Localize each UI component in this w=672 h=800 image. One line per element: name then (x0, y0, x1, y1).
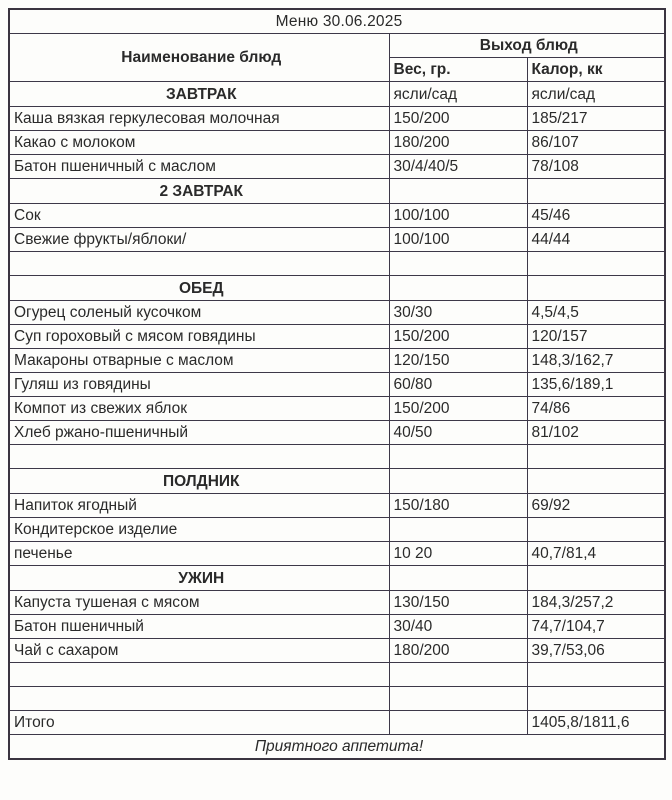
section-row-dinner: УЖИН (9, 566, 665, 591)
table-row: Компот из свежих яблок150/20074/86 (9, 397, 665, 421)
empty-cell (527, 252, 665, 276)
table-row: Батон пшеничный30/4074,7/104,7 (9, 615, 665, 639)
section-row-breakfast: ЗАВТРАКясли/садясли/сад (9, 82, 665, 107)
dish-calories: 45/46 (527, 204, 665, 228)
menu-table: Меню 30.06.2025 Наименование блюд Выход … (8, 8, 666, 760)
subheader-calories: ясли/сад (527, 82, 665, 107)
section-row-snack: ПОЛДНИК (9, 469, 665, 494)
table-row: Макароны отварные с маслом120/150148,3/1… (9, 349, 665, 373)
dish-name: Огурец соленый кусочком (9, 301, 389, 325)
empty-cell (527, 445, 665, 469)
dish-weight: 30/40 (389, 615, 527, 639)
dish-weight: 30/4/40/5 (389, 155, 527, 179)
dish-name: Напиток ягодный (9, 494, 389, 518)
dish-calories: 148,3/162,7 (527, 349, 665, 373)
dish-weight: 30/30 (389, 301, 527, 325)
header-output-group: Выход блюд (389, 34, 665, 58)
total-row: Итого1405,8/1811,6 (9, 711, 665, 735)
dish-name: Хлеб ржано-пшеничный (9, 421, 389, 445)
dish-weight: 40/50 (389, 421, 527, 445)
menu-title: Меню 30.06.2025 (9, 9, 665, 34)
table-row: Капуста тушеная с мясом130/150184,3/257,… (9, 591, 665, 615)
section-row-second_breakfast: 2 ЗАВТРАК (9, 179, 665, 204)
table-row: Хлеб ржано-пшеничный40/5081/102 (9, 421, 665, 445)
empty-row (9, 252, 665, 276)
empty-cell (389, 469, 527, 494)
dish-weight: 150/180 (389, 494, 527, 518)
dish-weight: 10 20 (389, 542, 527, 566)
dish-name: Кондитерское изделие (9, 518, 389, 542)
empty-cell (389, 663, 527, 687)
title-row: Меню 30.06.2025 (9, 9, 665, 34)
empty-cell (9, 687, 389, 711)
dish-calories: 81/102 (527, 421, 665, 445)
dish-weight: 60/80 (389, 373, 527, 397)
dish-name: Чай с сахаром (9, 639, 389, 663)
dish-name: Каша вязкая геркулесовая молочная (9, 107, 389, 131)
header-row-1: Наименование блюд Выход блюд (9, 34, 665, 58)
dish-calories: 4,5/4,5 (527, 301, 665, 325)
section-title: УЖИН (9, 566, 389, 591)
subheader-weight: ясли/сад (389, 82, 527, 107)
table-row: печенье10 2040,7/81,4 (9, 542, 665, 566)
empty-cell (527, 687, 665, 711)
empty-cell (389, 252, 527, 276)
empty-cell (9, 445, 389, 469)
total-weight (389, 711, 527, 735)
dish-name: Макароны отварные с маслом (9, 349, 389, 373)
table-row: Огурец соленый кусочком30/304,5/4,5 (9, 301, 665, 325)
dish-name: Сок (9, 204, 389, 228)
dish-name: печенье (9, 542, 389, 566)
dish-calories: 39,7/53,06 (527, 639, 665, 663)
dish-name: Батон пшеничный (9, 615, 389, 639)
empty-cell (389, 687, 527, 711)
dish-weight: 180/200 (389, 639, 527, 663)
dish-calories: 44/44 (527, 228, 665, 252)
table-row: Гуляш из говядины60/80135,6/189,1 (9, 373, 665, 397)
dish-calories: 120/157 (527, 325, 665, 349)
dish-name: Гуляш из говядины (9, 373, 389, 397)
empty-cell (527, 179, 665, 204)
table-row: Каша вязкая геркулесовая молочная150/200… (9, 107, 665, 131)
dish-calories: 74/86 (527, 397, 665, 421)
empty-cell (389, 179, 527, 204)
header-weight: Вес, гр. (389, 58, 527, 82)
dish-calories: 185/217 (527, 107, 665, 131)
empty-cell (527, 276, 665, 301)
dish-name: Суп гороховый с мясом говядины (9, 325, 389, 349)
dish-name: Какао с молоком (9, 131, 389, 155)
empty-row (9, 445, 665, 469)
section-row-lunch: ОБЕД (9, 276, 665, 301)
dish-calories: 135,6/189,1 (527, 373, 665, 397)
table-row: Сок100/10045/46 (9, 204, 665, 228)
dish-weight: 150/200 (389, 107, 527, 131)
section-title: ОБЕД (9, 276, 389, 301)
dish-name: Батон пшеничный с маслом (9, 155, 389, 179)
dish-calories: 184,3/257,2 (527, 591, 665, 615)
dish-calories: 86/107 (527, 131, 665, 155)
table-row: Какао с молоком180/20086/107 (9, 131, 665, 155)
dish-weight (389, 518, 527, 542)
dish-weight: 100/100 (389, 228, 527, 252)
header-calories: Калор, кк (527, 58, 665, 82)
empty-row (9, 663, 665, 687)
footer-row: Приятного аппетита! (9, 735, 665, 760)
dish-name: Капуста тушеная с мясом (9, 591, 389, 615)
dish-weight: 150/200 (389, 325, 527, 349)
table-row: Батон пшеничный с маслом30/4/40/578/108 (9, 155, 665, 179)
empty-cell (527, 663, 665, 687)
empty-cell (527, 469, 665, 494)
empty-cell (9, 252, 389, 276)
dish-name: Компот из свежих яблок (9, 397, 389, 421)
empty-row (9, 687, 665, 711)
empty-cell (389, 276, 527, 301)
table-row: Чай с сахаром180/20039,7/53,06 (9, 639, 665, 663)
total-calories: 1405,8/1811,6 (527, 711, 665, 735)
empty-cell (9, 663, 389, 687)
footer-wish: Приятного аппетита! (9, 735, 665, 760)
dish-calories: 74,7/104,7 (527, 615, 665, 639)
empty-cell (389, 445, 527, 469)
table-row: Кондитерское изделие (9, 518, 665, 542)
dish-calories: 69/92 (527, 494, 665, 518)
dish-weight: 150/200 (389, 397, 527, 421)
dish-calories: 40,7/81,4 (527, 542, 665, 566)
table-row: Суп гороховый с мясом говядины150/200120… (9, 325, 665, 349)
dish-name: Свежие фрукты/яблоки/ (9, 228, 389, 252)
header-dish-name: Наименование блюд (9, 34, 389, 82)
section-title: ЗАВТРАК (9, 82, 389, 107)
dish-weight: 180/200 (389, 131, 527, 155)
table-row: Свежие фрукты/яблоки/100/10044/44 (9, 228, 665, 252)
empty-cell (389, 566, 527, 591)
empty-cell (527, 566, 665, 591)
dish-weight: 130/150 (389, 591, 527, 615)
section-title: 2 ЗАВТРАК (9, 179, 389, 204)
dish-weight: 100/100 (389, 204, 527, 228)
table-row: Напиток ягодный150/18069/92 (9, 494, 665, 518)
dish-calories: 78/108 (527, 155, 665, 179)
total-label: Итого (9, 711, 389, 735)
dish-calories (527, 518, 665, 542)
dish-weight: 120/150 (389, 349, 527, 373)
section-title: ПОЛДНИК (9, 469, 389, 494)
